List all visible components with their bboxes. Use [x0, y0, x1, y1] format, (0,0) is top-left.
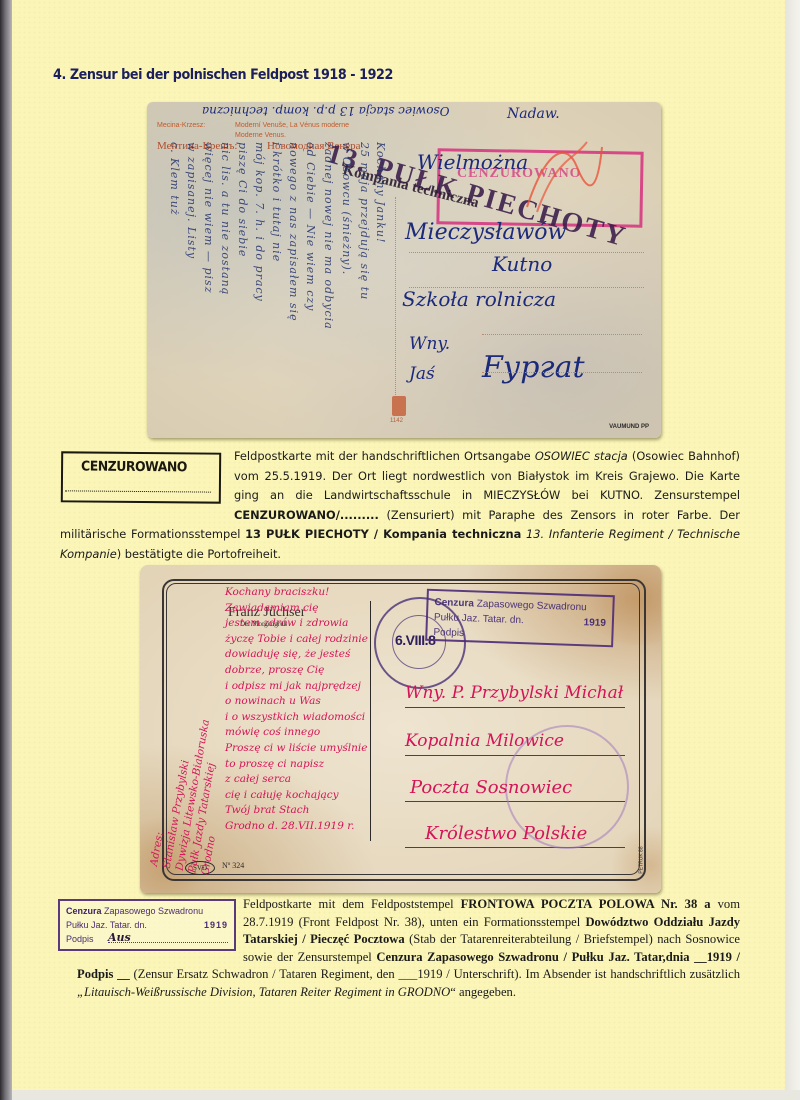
postcard-grodno: Franz Jüchser Der Morgengruß 6.VIII.8 Ce…	[140, 565, 661, 893]
printed-header-line2: Moderne Venus.	[235, 132, 286, 139]
message-text: Kochany Janku! 25 maja przejdują się tu …	[155, 142, 515, 422]
sheet-margin-bottom	[12, 1090, 800, 1100]
message-text: Kochany braciszku! Zawiadamiam cię jeste…	[225, 585, 368, 835]
publisher-number: Nº 324	[222, 861, 244, 870]
postcard-osowiec: Mecina-Krzesz: Moderní Venuše, La Vénus …	[147, 102, 661, 438]
publisher-logo-svd: SVD	[185, 861, 215, 875]
address-line-1: Wny. P. Przybylski Michał	[405, 683, 623, 703]
description-postcard-1: Feldpostkarte mit der handschriftlichen …	[60, 447, 740, 565]
publisher-number: 1142	[390, 418, 403, 424]
printed-header-right: Moderní Venuše, La Vénus moderne	[235, 122, 349, 129]
page-title: 4. Zensur bei der polnischen Feldpost 19…	[53, 67, 393, 83]
address-line-3: Poczta Sosnowiec	[410, 777, 572, 798]
publisher-logo-icon	[392, 396, 406, 416]
address-line-2: Kopalnia Milowice	[405, 731, 564, 751]
red-censor-paraph	[517, 137, 607, 217]
handwriting-top: Osowiec stacja 13 p.p. komp. techniczna	[202, 104, 449, 118]
printer-mark: PETRUK 88	[638, 846, 644, 873]
censor-stamp-squadron: Cenzura Zapasowego Szwadronu Pułku Jaz. …	[425, 589, 615, 648]
printed-divider	[370, 601, 371, 841]
address-line-4: Królestwo Polskie	[425, 823, 587, 844]
sender-mark: Nadaw.	[507, 106, 560, 122]
description-postcard-2: Feldpostkarte mit dem Feldpoststempel FR…	[77, 896, 740, 1001]
binder-edge	[0, 0, 12, 1100]
printed-header-left: Mecina-Krzesz:	[157, 122, 205, 129]
sheet-margin-right	[785, 0, 800, 1100]
printer-mark: VAUMUND PP	[609, 424, 649, 430]
